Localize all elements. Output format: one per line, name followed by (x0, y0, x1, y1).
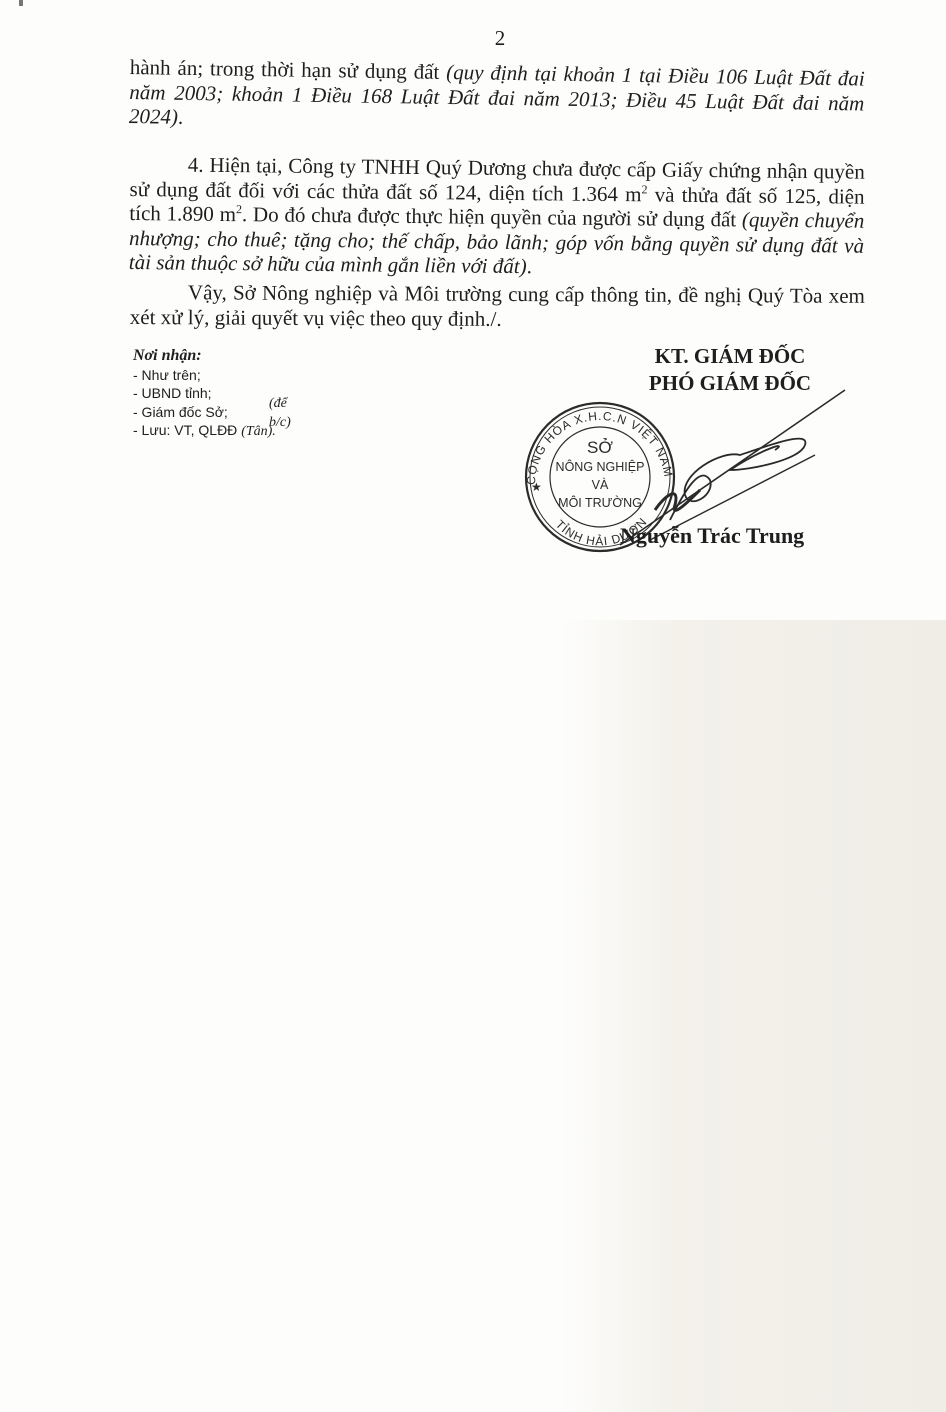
recipient-item: - Giám đốc Sở; (133, 403, 276, 422)
paragraph-conclusion: Vậy, Sở Nông nghiệp và Môi trường cung c… (130, 280, 865, 333)
scan-shading (560, 620, 946, 1412)
cc-note: (để b/c) (269, 395, 291, 432)
punctuation: . (527, 254, 533, 278)
recipient-item: - UBND tỉnh; (133, 384, 276, 403)
signer-name: Nguyễn Trác Trung (620, 523, 804, 549)
paragraph-continuation: hành án; trong thời hạn sử dụng đất (quy… (129, 55, 865, 140)
recipient-item: - Như trên; (133, 366, 276, 385)
stamp-line: SỞ (587, 438, 613, 457)
page-number: 2 (0, 26, 946, 51)
stamp-line: MÔI TRƯỜNG (558, 495, 642, 510)
stamp-line: VÀ (592, 477, 609, 492)
recipients-heading: Nơi nhận: (133, 347, 276, 366)
recipients-block: Nơi nhận: - Như trên; - UBND tỉnh; - Giá… (133, 347, 276, 442)
scan-edge-mark (19, 0, 23, 6)
punctuation: . (178, 105, 184, 129)
stamp-line: NÔNG NGHIỆP (556, 459, 645, 474)
paragraph-text: Vậy, Sở Nông nghiệp và Môi trường cung c… (130, 280, 865, 330)
signature-title-line1: KT. GIÁM ĐỐC (630, 343, 830, 370)
svg-text:★: ★ (531, 480, 542, 494)
paragraph-item-4: 4. Hiện tại, Công ty TNHH Quý Dương chưa… (129, 152, 865, 282)
recipient-item: - Lưu: VT, QLĐĐ (Tân). (133, 421, 276, 442)
document-page: 2 hành án; trong thời hạn sử dụng đất (q… (0, 0, 946, 1412)
